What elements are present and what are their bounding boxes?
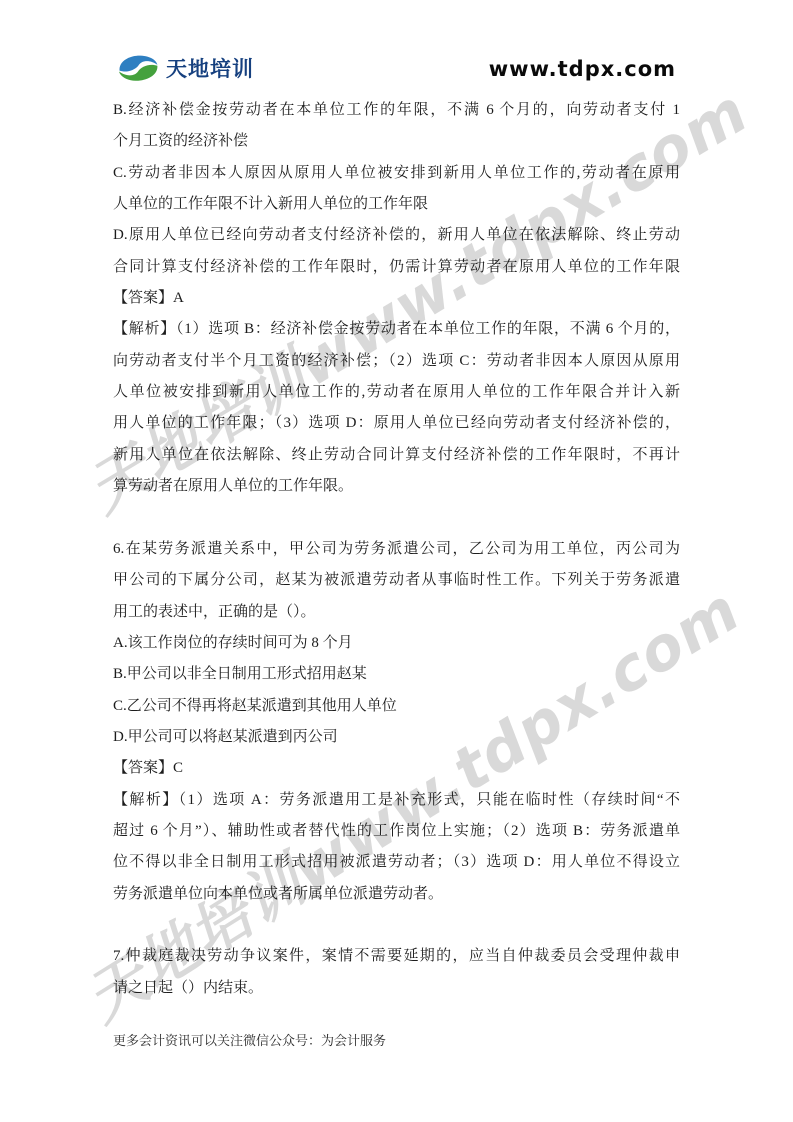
brand-swirl-icon (116, 52, 160, 84)
text-line: 人单位被安排到新用人单位工作的,劳动者在原用人单位的工作年限合并计入新 (113, 377, 680, 408)
page-footer: 更多会计资讯可以关注微信公众号：为会计服务 (113, 1030, 386, 1049)
text-line: 人单位的工作年限不计入新用人单位的工作年限 (113, 189, 680, 220)
text-line: D.原用人单位已经向劳动者支付经济补偿的，新用人单位在依法解除、终止劳动 (113, 220, 680, 251)
text-line: 位不得以非全日制用工形式招用被派遣劳动者；（3）选项 D：用人单位不得设立 (113, 847, 680, 878)
text-line: B.经济补偿金按劳动者在本单位工作的年限，不满 6 个月的，向劳动者支付 1 (113, 95, 680, 126)
text-line: 新用人单位在依法解除、终止劳动合同计算支付经济补偿的工作年限时，不再计 (113, 440, 680, 471)
text-line: 请之日起（）内结束。 (113, 973, 680, 1004)
text-line: 甲公司的下属分公司，赵某为被派遣劳动者从事临时性工作。下列关于劳务派遣 (113, 565, 680, 596)
text-line: D.甲公司可以将赵某派遣到丙公司 (113, 722, 680, 753)
text-line: 【答案】C (113, 753, 680, 784)
text-line: 个月工资的经济补偿 (113, 126, 680, 157)
document-page: 天地培训www.tdpx.com 天地培训www.tdpx.com 天地培训 w… (0, 0, 793, 1122)
text-line (113, 502, 680, 533)
text-line: C.乙公司不得再将赵某派遣到其他用人单位 (113, 691, 680, 722)
text-line: 用人单位的工作年限；（3）选项 D：原用人单位已经向劳动者支付经济补偿的， (113, 408, 680, 439)
text-line: 7.仲裁庭裁决劳动争议案件，案情不需要延期的，应当自仲裁委员会受理仲裁申 (113, 941, 680, 972)
document-lines: B.经济补偿金按劳动者在本单位工作的年限，不满 6 个月的，向劳动者支付 1个月… (113, 95, 680, 1004)
brand-logo: 天地培训 (116, 52, 254, 84)
document-body: B.经济补偿金按劳动者在本单位工作的年限，不满 6 个月的，向劳动者支付 1个月… (113, 95, 680, 1004)
text-line (113, 910, 680, 941)
text-line: 6.在某劳务派遣关系中，甲公司为劳务派遣公司，乙公司为用工单位，丙公司为 (113, 534, 680, 565)
text-line: 【解析】（1）选项 A：劳务派遣用工是补充形式，只能在临时性（存续时间“不 (113, 785, 680, 816)
text-line: B.甲公司以非全日制用工形式招用赵某 (113, 659, 680, 690)
text-line: 劳务派遣单位向本单位或者所属单位派遣劳动者。 (113, 879, 680, 910)
site-url-text: www.tdpx.com (489, 57, 676, 81)
text-line: 算劳动者在原用人单位的工作年限。 (113, 471, 680, 502)
text-line: 用工的表述中，正确的是（）。 (113, 597, 680, 628)
brand-logo-text: 天地培训 (166, 53, 254, 83)
text-line: 合同计算支付经济补偿的工作年限时，仍需计算劳动者在原用人单位的工作年限 (113, 252, 680, 283)
footer-note: 更多会计资讯可以关注微信公众号：为会计服务 (113, 1033, 386, 1048)
text-line: 【解析】（1）选项 B：经济补偿金按劳动者在本单位工作的年限，不满 6 个月的， (113, 314, 680, 345)
text-line: C.劳动者非因本人原因从原用人单位被安排到新用人单位工作的,劳动者在原用 (113, 158, 680, 189)
text-line: A.该工作岗位的存续时间可为 8 个月 (113, 628, 680, 659)
page-header: 天地培训 www.tdpx.com (0, 0, 793, 96)
text-line: 向劳动者支付半个月工资的经济补偿；（2）选项 C：劳动者非因本人原因从原用 (113, 346, 680, 377)
text-line: 【答案】A (113, 283, 680, 314)
text-line: 超过 6 个月”）、辅助性或者替代性的工作岗位上实施；（2）选项 B：劳务派遣单 (113, 816, 680, 847)
